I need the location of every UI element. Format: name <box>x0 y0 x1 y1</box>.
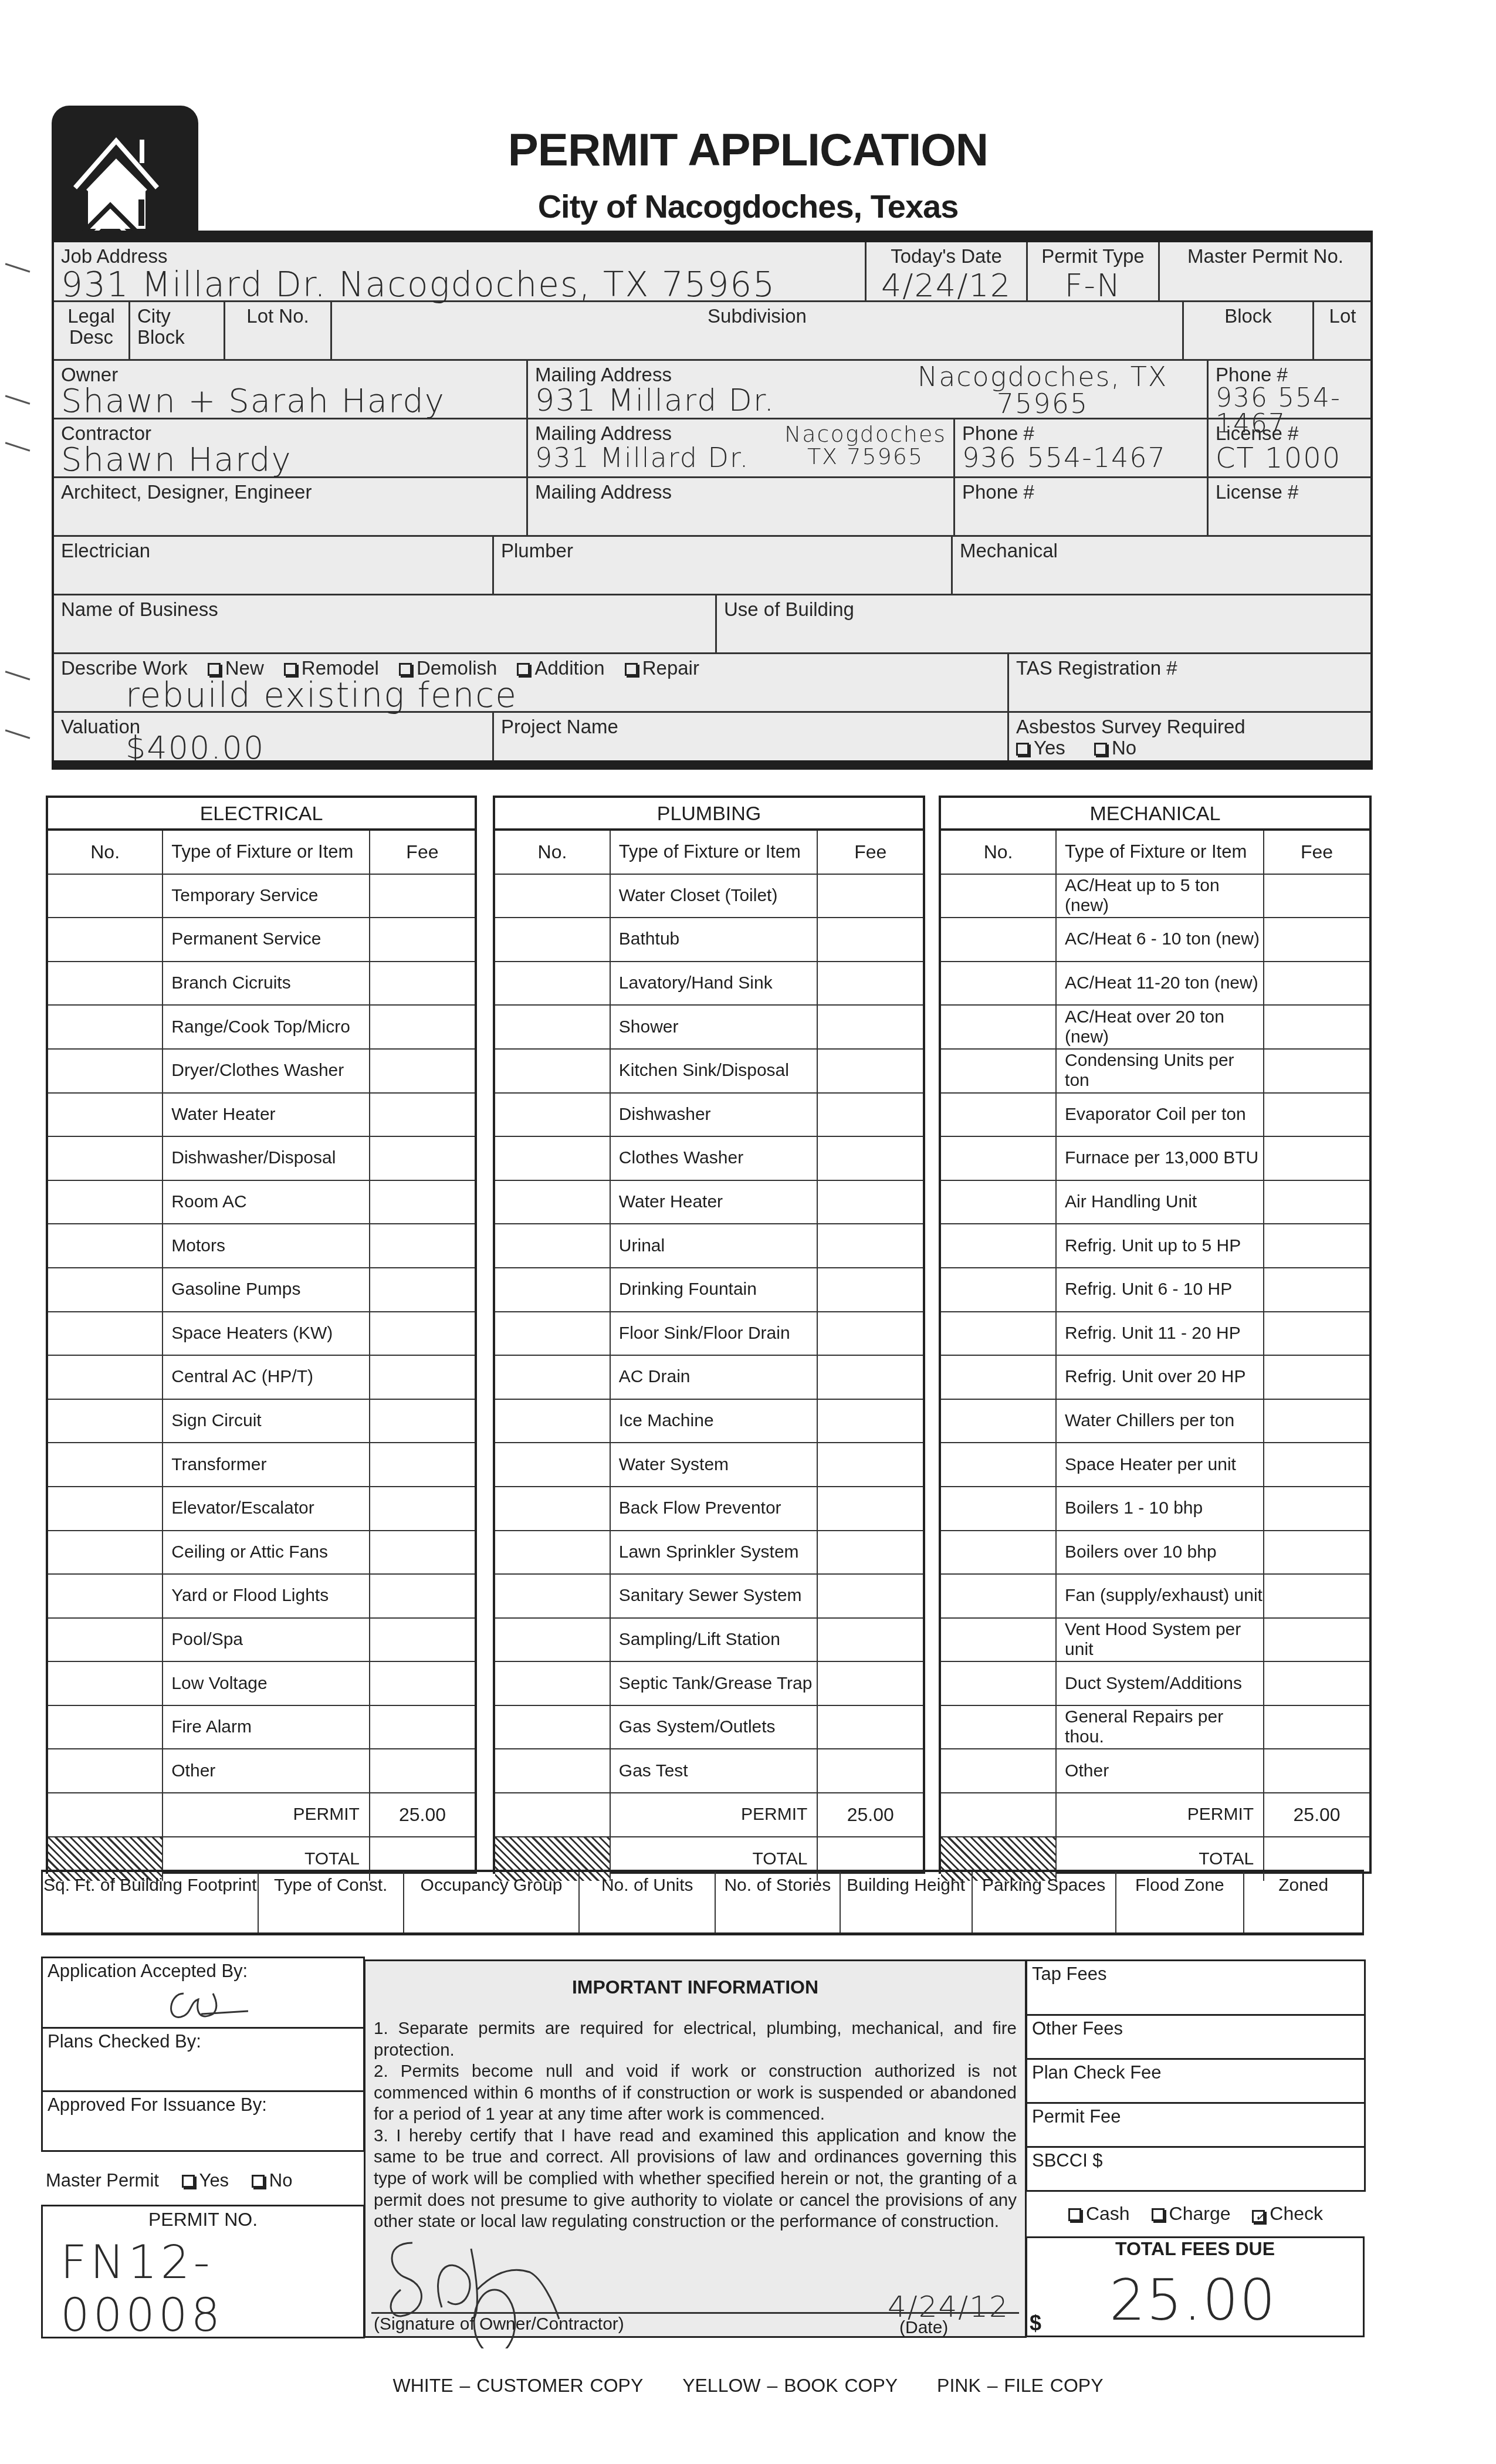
fixture-name: Water Closet (Toilet) <box>611 875 818 918</box>
fee-cell[interactable] <box>818 1006 923 1048</box>
fee-cell[interactable] <box>818 1224 923 1267</box>
quantity-cell[interactable] <box>48 1619 163 1661</box>
quantity-cell[interactable] <box>48 1793 163 1836</box>
quantity-cell[interactable] <box>48 962 163 1005</box>
fee-cell[interactable] <box>370 1050 475 1092</box>
plans-checked-label: Plans Checked By: <box>43 2029 363 2055</box>
fee-cell[interactable] <box>818 1575 923 1617</box>
building-info-cell[interactable]: Zoned <box>1244 1872 1362 1932</box>
table-row: Other <box>48 1749 475 1793</box>
fee-cell[interactable] <box>370 918 475 961</box>
fixture-name: Septic Tank/Grease Trap <box>611 1662 818 1705</box>
quantity-cell[interactable] <box>941 1356 1057 1399</box>
quantity-cell[interactable] <box>495 1400 611 1443</box>
city-block-label: City Block <box>137 306 216 348</box>
fixture-name: Lavatory/Hand Sink <box>611 962 818 1005</box>
lot-no-field[interactable]: Lot No. <box>225 302 332 361</box>
todays-date-value[interactable]: 4/24/12 <box>874 267 1019 304</box>
contractor-value[interactable]: Shawn Hardy <box>61 441 519 479</box>
permit-type-field[interactable]: Permit Type F-N <box>1028 242 1160 302</box>
fixture-name: Vent Hood System per unit <box>1057 1619 1264 1661</box>
mechanical-field[interactable]: Mechanical <box>953 537 1371 595</box>
building-info-cell[interactable]: Parking Spaces <box>973 1872 1116 1932</box>
fixture-name: Refrig. Unit 6 - 10 HP <box>1057 1268 1264 1311</box>
quantity-cell[interactable] <box>495 918 611 961</box>
master-permit-field[interactable]: Master Permit No. <box>1160 242 1371 302</box>
table-row: Water Heater <box>495 1181 923 1225</box>
other-fees-field[interactable]: Other Fees <box>1025 2016 1366 2060</box>
job-address-value[interactable]: 931 Millard Dr. Nacogdoches, TX 75965 <box>61 265 858 304</box>
quantity-cell[interactable] <box>48 1268 163 1311</box>
quantity-cell[interactable] <box>941 1312 1057 1355</box>
quantity-cell[interactable] <box>495 1224 611 1267</box>
table-row: Pool/Spa <box>48 1619 475 1663</box>
architect-field[interactable]: Architect, Designer, Engineer <box>54 478 528 537</box>
quantity-cell[interactable] <box>48 1575 163 1617</box>
payment-charge[interactable]: Charge <box>1152 2203 1231 2224</box>
signature-line <box>371 2312 1019 2314</box>
total-fees-due-label: TOTAL FEES DUE <box>1027 2238 1363 2260</box>
building-info-cell[interactable]: Building Height <box>841 1872 973 1932</box>
architect-license-field[interactable]: License # <box>1209 478 1371 537</box>
permit-fee-field[interactable]: Permit Fee <box>1025 2104 1366 2148</box>
contractor-phone-value[interactable]: 936 554-1467 <box>962 444 1200 471</box>
work-option-addition[interactable]: Addition <box>517 658 604 679</box>
fee-cell[interactable] <box>370 1531 475 1574</box>
fee-cell[interactable] <box>818 1137 923 1180</box>
fee-cell[interactable] <box>1264 1094 1369 1136</box>
column-header-item: Type of Fixture or Item <box>611 831 818 874</box>
quantity-cell[interactable] <box>495 1749 611 1792</box>
fixture-name: Dishwasher <box>611 1094 818 1136</box>
fixture-name: Kitchen Sink/Disposal <box>611 1050 818 1092</box>
quantity-cell[interactable] <box>941 1443 1057 1486</box>
quantity-cell[interactable] <box>495 1356 611 1399</box>
table-row: AC Drain <box>495 1356 923 1400</box>
fee-cell[interactable] <box>370 1443 475 1486</box>
quantity-cell[interactable] <box>941 918 1057 961</box>
fee-cell[interactable] <box>818 918 923 961</box>
legal-desc-label-cell: Legal Desc <box>54 302 130 361</box>
master-permit-no[interactable]: No <box>252 2170 293 2191</box>
owner-mailing-city[interactable]: Nacogdoches, TX 75965 <box>890 363 1195 417</box>
fixture-name: Duct System/Additions <box>1057 1662 1264 1705</box>
fee-cell[interactable] <box>818 1619 923 1661</box>
todays-date-label: Today's Date <box>874 246 1019 267</box>
payment-check[interactable]: Check <box>1252 2203 1323 2224</box>
quantity-cell[interactable] <box>941 1006 1057 1048</box>
table-row: Temporary Service <box>48 875 475 919</box>
accepted-by-field[interactable]: Application Accepted By: <box>41 1957 365 2027</box>
approved-label: Approved For Issuance By: <box>43 2092 363 2118</box>
fee-cell[interactable] <box>1264 1749 1369 1792</box>
table-row: Room AC <box>48 1181 475 1225</box>
plumbing-table-title: PLUMBING <box>495 798 923 831</box>
fee-cell[interactable] <box>1264 1224 1369 1267</box>
table-row: Gas Test <box>495 1749 923 1793</box>
fee-cell[interactable] <box>818 1181 923 1224</box>
fee-cell[interactable] <box>818 1356 923 1399</box>
copy-pink: PINK – FILE COPY <box>937 2375 1103 2396</box>
architect-phone-field[interactable]: Phone # <box>955 478 1209 537</box>
fee-cell[interactable] <box>370 1094 475 1136</box>
fee-cell[interactable] <box>818 1662 923 1705</box>
fixture-name: Ceiling or Attic Fans <box>163 1531 370 1574</box>
fixture-name: Fire Alarm <box>163 1706 370 1749</box>
table-row: Permanent Service <box>48 918 475 962</box>
electrician-label: Electrician <box>61 540 485 561</box>
table-row: Dishwasher <box>495 1094 923 1138</box>
fee-cell[interactable] <box>818 1094 923 1136</box>
fee-cell[interactable] <box>370 1487 475 1530</box>
fixture-name: Gas System/Outlets <box>611 1706 818 1749</box>
quantity-cell[interactable] <box>495 1181 611 1224</box>
quantity-cell[interactable] <box>48 1749 163 1792</box>
table-row: Transformer <box>48 1443 475 1487</box>
fee-cell[interactable] <box>1264 875 1369 918</box>
contractor-field[interactable]: Contractor Shawn Hardy <box>54 419 528 478</box>
permit-fee-value[interactable]: 25.00 <box>818 1793 923 1836</box>
quantity-cell[interactable] <box>495 1006 611 1048</box>
tap-fees-field[interactable]: Tap Fees <box>1025 1959 1366 2016</box>
table-row: Lawn Sprinkler System <box>495 1531 923 1575</box>
quantity-cell[interactable] <box>941 962 1057 1005</box>
contractor-license-field[interactable]: License # CT 1000 <box>1209 419 1371 478</box>
tas-registration-field[interactable]: TAS Registration # <box>1009 654 1371 713</box>
table-row: General Repairs per thou. <box>941 1706 1369 1750</box>
master-permit-choice: Master Permit Yes No <box>41 2168 365 2194</box>
checkbox-icon <box>517 663 530 676</box>
asbestos-no[interactable]: No <box>1094 737 1136 759</box>
table-row: Space Heater per unit <box>941 1443 1369 1487</box>
block-field[interactable]: Block <box>1184 302 1314 361</box>
fee-cell[interactable] <box>370 1749 475 1792</box>
todays-date-field[interactable]: Today's Date 4/24/12 <box>867 242 1028 302</box>
fee-cell[interactable] <box>1264 1268 1369 1311</box>
quantity-cell[interactable] <box>48 1400 163 1443</box>
city-block-field[interactable]: City Block <box>130 302 225 361</box>
fixture-name: Water Chillers per ton <box>1057 1400 1264 1443</box>
permit-fee-value[interactable]: 25.00 <box>370 1793 475 1836</box>
signature-label: (Signature of Owner/Contractor) <box>374 2314 624 2334</box>
table-row: Air Handling Unit <box>941 1181 1369 1225</box>
fee-cell[interactable] <box>1264 1181 1369 1224</box>
asbestos-yes[interactable]: Yes <box>1016 737 1065 759</box>
applicant-section: Job Address 931 Millard Dr. Nacogdoches,… <box>52 242 1373 764</box>
owner-field[interactable]: Owner Shawn + Sarah Hardy <box>54 361 528 419</box>
quantity-cell[interactable] <box>48 1706 163 1749</box>
building-info-cell[interactable]: No. of Units <box>580 1872 716 1932</box>
fee-cell[interactable] <box>370 1312 475 1355</box>
owner-mailing-field[interactable]: Mailing Address 931 Millard Dr. Nacogdoc… <box>528 361 1209 419</box>
job-address-label: Job Address <box>61 246 858 267</box>
block-label: Block <box>1191 306 1305 327</box>
contractor-phone-field[interactable]: Phone # 936 554-1467 <box>955 419 1209 478</box>
quantity-cell[interactable] <box>48 1443 163 1486</box>
work-description-value[interactable]: rebuild existing fence <box>126 675 1000 715</box>
fixture-name: AC/Heat 6 - 10 ton (new) <box>1057 918 1264 961</box>
table-row: Refrig. Unit 11 - 20 HP <box>941 1312 1369 1356</box>
quantity-cell[interactable] <box>941 1137 1057 1180</box>
fee-cell[interactable] <box>1264 1356 1369 1399</box>
fee-cell[interactable] <box>1264 962 1369 1005</box>
fee-cell[interactable] <box>818 1706 923 1749</box>
quantity-cell[interactable] <box>941 875 1057 918</box>
quantity-cell[interactable] <box>941 1487 1057 1530</box>
total-fees-due-value[interactable]: 25.00 <box>1109 2267 1277 2333</box>
quantity-cell[interactable] <box>495 1793 611 1836</box>
asbestos-options: Yes No <box>1016 737 1364 759</box>
building-info-cell[interactable]: Type of Const. <box>259 1872 404 1932</box>
quantity-cell[interactable] <box>48 1181 163 1224</box>
date-label: (Date) <box>899 2318 948 2338</box>
quantity-cell[interactable] <box>495 1706 611 1749</box>
fee-cell[interactable] <box>818 1312 923 1355</box>
quantity-cell[interactable] <box>941 1575 1057 1617</box>
fee-cell[interactable] <box>818 1050 923 1092</box>
fixture-name: Furnace per 13,000 BTU <box>1057 1137 1264 1180</box>
fee-cell[interactable] <box>818 1443 923 1486</box>
fee-cell[interactable] <box>370 1706 475 1749</box>
fee-cell[interactable] <box>370 1356 475 1399</box>
column-header-item: Type of Fixture or Item <box>1057 831 1264 874</box>
quantity-cell[interactable] <box>495 1531 611 1574</box>
fee-cell[interactable] <box>370 1268 475 1311</box>
fee-cell[interactable] <box>370 1619 475 1661</box>
permit-type-value[interactable]: F-N <box>1035 267 1151 304</box>
quantity-cell[interactable] <box>495 1443 611 1486</box>
fixture-name: Other <box>163 1749 370 1792</box>
business-name-field[interactable]: Name of Business <box>54 595 717 654</box>
quantity-cell[interactable] <box>495 1268 611 1311</box>
table-row: Clothes Washer <box>495 1137 923 1181</box>
checkbox-icon <box>284 663 297 676</box>
quantity-cell[interactable] <box>48 875 163 918</box>
fee-cell[interactable] <box>818 1400 923 1443</box>
fee-cell[interactable] <box>1264 1575 1369 1617</box>
payment-label: Charge <box>1169 2203 1231 2224</box>
fee-cell[interactable] <box>370 1181 475 1224</box>
fixture-name: AC Drain <box>611 1356 818 1399</box>
plans-checked-field[interactable]: Plans Checked By: <box>41 2027 365 2090</box>
quantity-cell[interactable] <box>941 1793 1057 1836</box>
quantity-cell[interactable] <box>941 1706 1057 1749</box>
margin-mark <box>5 671 31 680</box>
quantity-cell[interactable] <box>48 1531 163 1574</box>
checkbox-icon <box>1152 2208 1165 2221</box>
fixture-name: Fan (supply/exhaust) unit <box>1057 1575 1264 1617</box>
checkbox-icon <box>1094 743 1107 756</box>
yes-label: Yes <box>199 2170 229 2191</box>
table-row: Shower <box>495 1006 923 1050</box>
quantity-cell[interactable] <box>941 1050 1057 1092</box>
fee-cell[interactable] <box>1264 1662 1369 1705</box>
fee-cell[interactable] <box>1264 1706 1369 1749</box>
building-info-cell[interactable]: Sq. Ft. of Building Footprint <box>43 1872 259 1932</box>
quantity-cell[interactable] <box>48 1006 163 1048</box>
quantity-cell[interactable] <box>941 1662 1057 1705</box>
checkbox-icon <box>252 2175 265 2188</box>
quantity-cell[interactable] <box>941 1224 1057 1267</box>
table-row: Fan (supply/exhaust) unit <box>941 1575 1369 1619</box>
fee-cell[interactable] <box>1264 1006 1369 1048</box>
contractor-license-label: License # <box>1216 423 1364 444</box>
fee-cell[interactable] <box>1264 1400 1369 1443</box>
fee-cell[interactable] <box>1264 1487 1369 1530</box>
plan-check-fee-field[interactable]: Plan Check Fee <box>1025 2060 1366 2104</box>
table-row: Back Flow Preventor <box>495 1487 923 1531</box>
quantity-cell[interactable] <box>941 1181 1057 1224</box>
use-of-building-field[interactable]: Use of Building <box>717 595 1371 654</box>
copy-white: WHITE – CUSTOMER COPY <box>393 2375 644 2396</box>
column-header-no: No. <box>941 831 1057 874</box>
quantity-cell[interactable] <box>941 1749 1057 1792</box>
electrician-field[interactable]: Electrician <box>54 537 494 595</box>
fixture-name: Refrig. Unit over 20 HP <box>1057 1356 1264 1399</box>
plumber-label: Plumber <box>501 540 944 561</box>
valuation-field[interactable]: Valuation $400.00 <box>54 713 494 764</box>
table-row: Drinking Fountain <box>495 1268 923 1312</box>
fixture-name: Permanent Service <box>163 918 370 961</box>
quantity-cell[interactable] <box>941 1400 1057 1443</box>
quantity-cell[interactable] <box>48 1050 163 1092</box>
fee-cell[interactable] <box>1264 1619 1369 1661</box>
asbestos-field: Asbestos Survey Required Yes No <box>1009 713 1371 764</box>
quantity-cell[interactable] <box>48 1487 163 1530</box>
table-row: Ceiling or Attic Fans <box>48 1531 475 1575</box>
fee-cell[interactable] <box>1264 918 1369 961</box>
table-row: AC/Heat 11-20 ton (new) <box>941 962 1369 1006</box>
permit-number-value[interactable]: FN12-00008 <box>43 2236 363 2342</box>
building-info-cell[interactable]: Occupancy Group <box>404 1872 580 1932</box>
architect-mailing-field[interactable]: Mailing Address <box>528 478 955 537</box>
quantity-cell[interactable] <box>48 1094 163 1136</box>
fixture-name: Bathtub <box>611 918 818 961</box>
fee-cell[interactable] <box>1264 1050 1369 1092</box>
fee-cell[interactable] <box>370 1006 475 1048</box>
job-address-field[interactable]: Job Address 931 Millard Dr. Nacogdoches,… <box>54 242 867 302</box>
project-name-field[interactable]: Project Name <box>494 713 1009 764</box>
fee-cell[interactable] <box>818 1268 923 1311</box>
quantity-cell[interactable] <box>48 1356 163 1399</box>
fee-cell[interactable] <box>818 962 923 1005</box>
margin-mark <box>5 442 31 451</box>
permit-fee-value[interactable]: 25.00 <box>1264 1793 1369 1836</box>
quantity-cell[interactable] <box>495 1312 611 1355</box>
fixture-name: Back Flow Preventor <box>611 1487 818 1530</box>
fixture-name: Dryer/Clothes Washer <box>163 1050 370 1092</box>
quantity-cell[interactable] <box>941 1094 1057 1136</box>
fee-cell[interactable] <box>818 875 923 918</box>
fee-cell[interactable] <box>370 962 475 1005</box>
table-row: Refrig. Unit over 20 HP <box>941 1356 1369 1400</box>
checkbox-icon <box>399 663 412 676</box>
plumber-field[interactable]: Plumber <box>494 537 953 595</box>
contractor-license-value[interactable]: CT 1000 <box>1216 444 1364 472</box>
permit-number-label: PERMIT NO. <box>43 2206 363 2231</box>
fee-cell[interactable] <box>370 1662 475 1705</box>
owner-phone-field[interactable]: Phone # 936 554-1467 <box>1209 361 1371 419</box>
quantity-cell[interactable] <box>495 1619 611 1661</box>
fixture-name: Water Heater <box>163 1094 370 1136</box>
fee-cell[interactable] <box>818 1531 923 1574</box>
quantity-cell[interactable] <box>495 1575 611 1617</box>
quantity-cell[interactable] <box>941 1619 1057 1661</box>
fee-cell[interactable] <box>370 1400 475 1443</box>
quantity-cell[interactable] <box>495 1050 611 1092</box>
subdivision-field[interactable]: Subdivision <box>332 302 1184 361</box>
quantity-cell[interactable] <box>48 1137 163 1180</box>
building-info-cell[interactable]: Flood Zone <box>1116 1872 1245 1932</box>
contractor-mailing-city[interactable]: Nacogdoches TX 75965 <box>783 423 947 468</box>
fixture-name: Urinal <box>611 1224 818 1267</box>
other-fees-label: Other Fees <box>1032 2018 1123 2039</box>
master-permit-yes[interactable]: Yes <box>182 2170 229 2191</box>
quantity-cell[interactable] <box>495 962 611 1005</box>
owner-value[interactable]: Shawn + Sarah Hardy <box>61 382 519 420</box>
quantity-cell[interactable] <box>941 1531 1057 1574</box>
fee-cell[interactable] <box>370 875 475 918</box>
work-option-repair[interactable]: Repair <box>625 658 699 679</box>
fee-cell[interactable] <box>818 1749 923 1792</box>
table-header-row: No.Type of Fixture or ItemFee <box>495 831 923 875</box>
lot-field[interactable]: Lot <box>1314 302 1371 361</box>
table-row: Urinal <box>495 1224 923 1268</box>
checkbox-icon <box>1068 2208 1081 2221</box>
quantity-cell[interactable] <box>495 1662 611 1705</box>
table-row: Dryer/Clothes Washer <box>48 1050 475 1094</box>
fixture-name: Refrig. Unit 11 - 20 HP <box>1057 1312 1264 1355</box>
fee-cell[interactable] <box>818 1487 923 1530</box>
quantity-cell[interactable] <box>48 918 163 961</box>
building-info-cell[interactable]: No. of Stories <box>716 1872 840 1932</box>
table-header-row: No.Type of Fixture or ItemFee <box>941 831 1369 875</box>
payment-cash[interactable]: Cash <box>1068 2203 1130 2224</box>
sbcci-field[interactable]: SBCCI $ <box>1025 2148 1366 2192</box>
electrical-table: ELECTRICALNo.Type of Fixture or ItemFeeT… <box>46 796 477 1874</box>
contractor-mailing-field[interactable]: Mailing Address 931 Millard Dr. Nacogdoc… <box>528 419 955 478</box>
quantity-cell[interactable] <box>48 1224 163 1267</box>
table-row: Central AC (HP/T) <box>48 1356 475 1400</box>
table-row: Water Heater <box>48 1094 475 1138</box>
fee-cell[interactable] <box>1264 1137 1369 1180</box>
fee-cell[interactable] <box>1264 1443 1369 1486</box>
quantity-cell[interactable] <box>495 1487 611 1530</box>
quantity-cell[interactable] <box>495 1137 611 1180</box>
quantity-cell[interactable] <box>48 1662 163 1705</box>
permit-number-box: PERMIT NO. FN12-00008 <box>41 2205 365 2338</box>
fee-cell[interactable] <box>370 1224 475 1267</box>
quantity-cell[interactable] <box>495 875 611 918</box>
quantity-cell[interactable] <box>48 1312 163 1355</box>
quantity-cell[interactable] <box>495 1094 611 1136</box>
fixture-name: AC/Heat 11-20 ton (new) <box>1057 962 1264 1005</box>
architect-phone-label: Phone # <box>962 482 1200 503</box>
fee-cell[interactable] <box>1264 1312 1369 1355</box>
business-name-label: Name of Business <box>61 599 708 620</box>
total-fees-due-box: TOTAL FEES DUE $ 25.00 <box>1025 2236 1365 2337</box>
approved-field[interactable]: Approved For Issuance By: <box>41 2090 365 2152</box>
fee-cell[interactable] <box>370 1575 475 1617</box>
fee-cell[interactable] <box>1264 1531 1369 1574</box>
fee-cell[interactable] <box>370 1137 475 1180</box>
mechanical-table-title: MECHANICAL <box>941 798 1369 831</box>
table-row: Evaporator Coil per ton <box>941 1094 1369 1138</box>
subdivision-label: Subdivision <box>339 306 1175 327</box>
describe-work-field[interactable]: Describe Work New Remodel Demolish Addit… <box>54 654 1009 713</box>
quantity-cell[interactable] <box>941 1268 1057 1311</box>
table-row: Sanitary Sewer System <box>495 1575 923 1619</box>
